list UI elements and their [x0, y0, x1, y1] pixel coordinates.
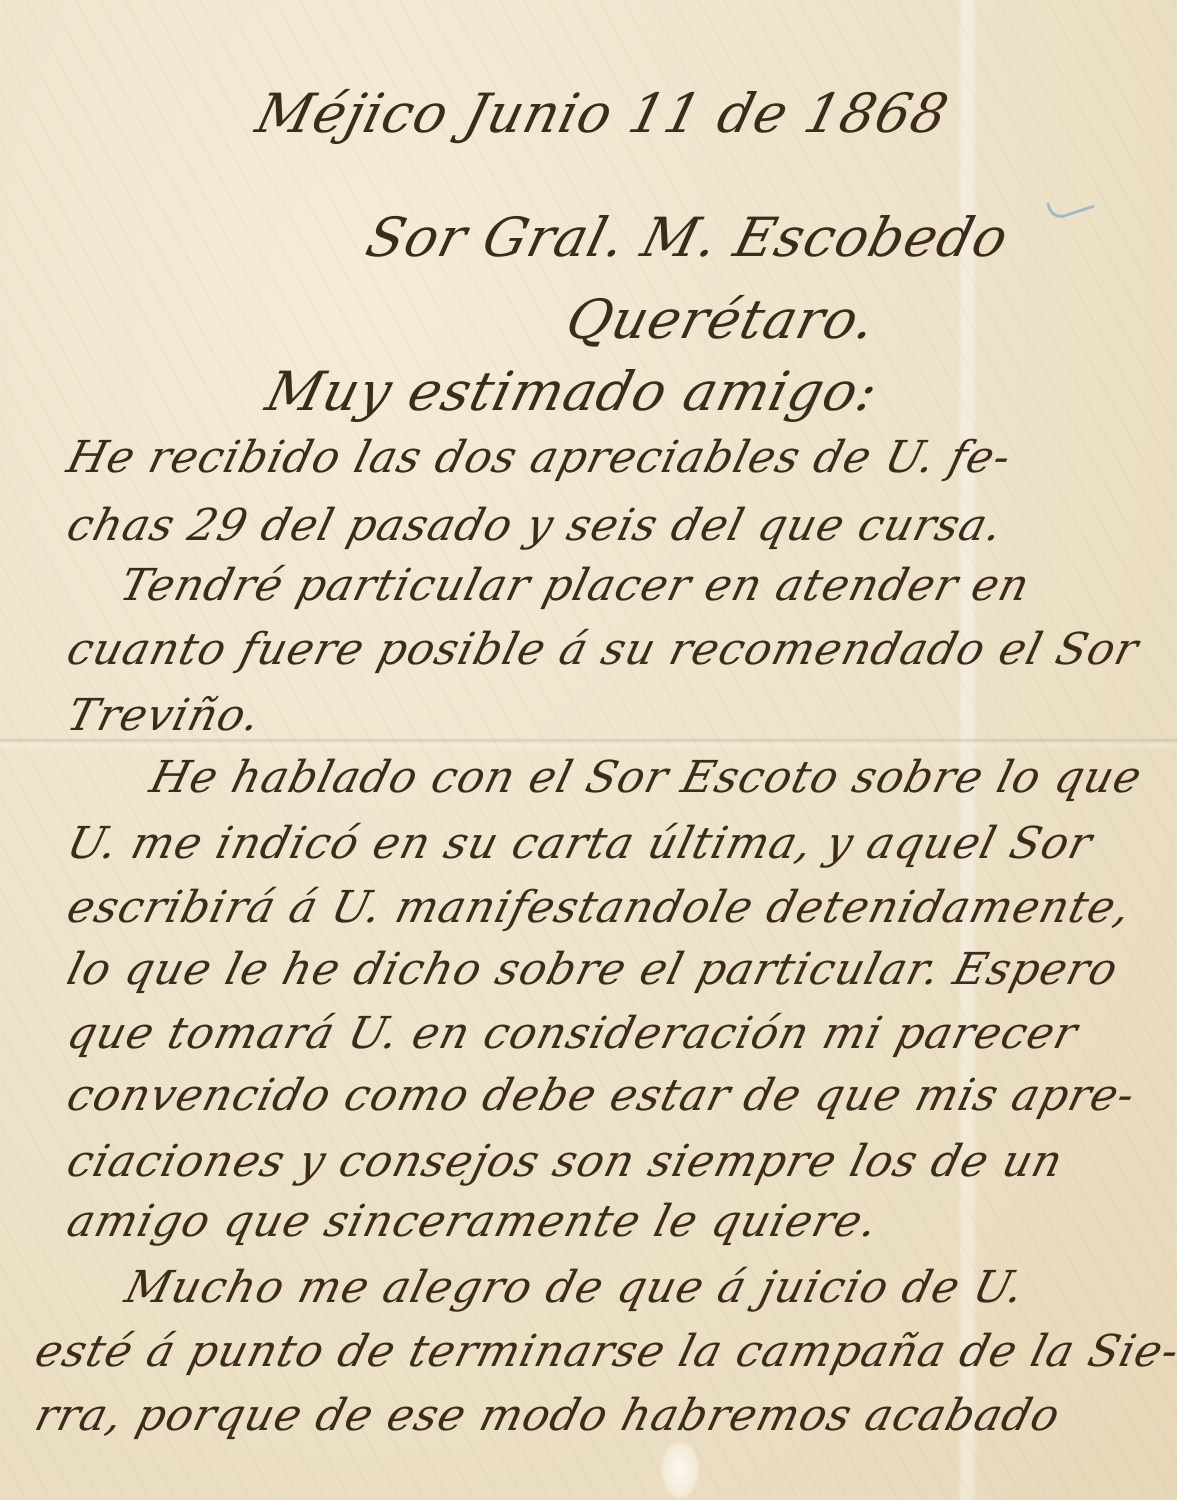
- salutation: Muy estimado amigo:: [260, 360, 885, 423]
- body-line-5: Treviño.: [62, 690, 266, 741]
- body-line-11: convencido como debe estar de que mis ap…: [62, 1070, 1140, 1121]
- body-line-2: chas 29 del pasado y seis del que cursa.: [62, 500, 1008, 551]
- body-line-12: ciaciones y consejos son siempre los de …: [62, 1136, 1068, 1187]
- body-line-7: U. me indicó en su carta última, y aquel…: [62, 818, 1098, 869]
- body-line-4: cuanto fuere posible á su recomendado el…: [62, 624, 1144, 675]
- body-line-8: escribirá á U. manifestandole detenidame…: [62, 882, 1137, 933]
- body-line-15: esté á punto de terminarse la campaña de…: [30, 1326, 1177, 1377]
- body-line-1: He recibido las dos apreciables de U. fe…: [62, 432, 1017, 483]
- addressee-city: Querétaro.: [560, 288, 883, 351]
- paper-tear: [660, 1440, 700, 1500]
- body-line-9: lo que le he dicho sobre el particular. …: [62, 944, 1123, 995]
- body-line-3: Tendré particular placer en atender en: [115, 560, 1035, 611]
- dateline: Méjico Junio 11 de 1868: [250, 82, 955, 145]
- addressee-name: Sor Gral. M. Escobedo: [360, 206, 1015, 269]
- body-line-10: que tomará U. en consideración mi parece…: [62, 1008, 1083, 1059]
- body-line-16: rra, porque de ese modo habremos acabado: [30, 1390, 1066, 1441]
- body-line-14: Mucho me alegro de que á juicio de U.: [120, 1262, 1030, 1313]
- body-line-6: He hablado con el Sor Escoto sobre lo qu…: [145, 752, 1147, 803]
- body-line-13: amigo que sinceramente le quiere.: [62, 1196, 883, 1247]
